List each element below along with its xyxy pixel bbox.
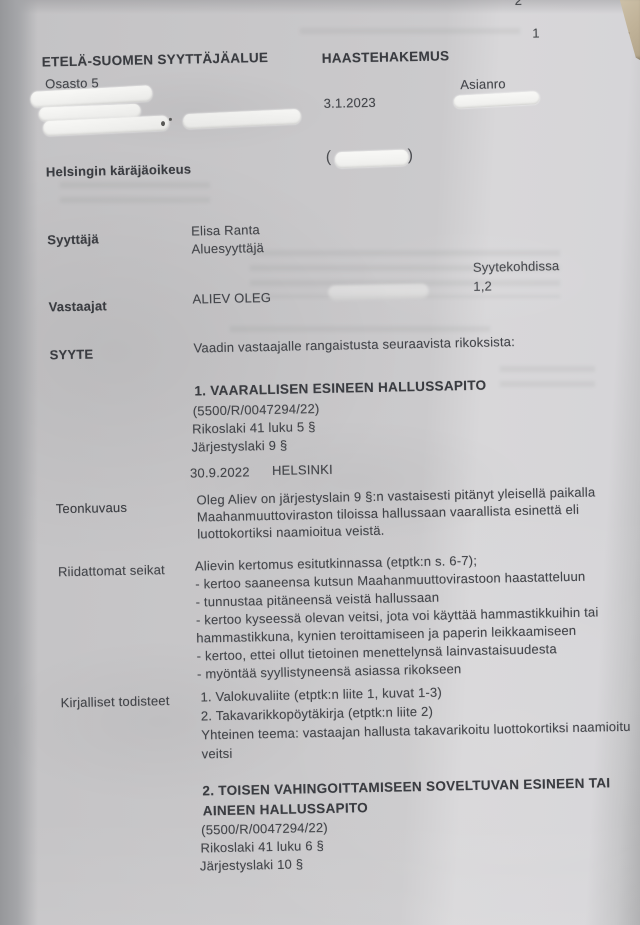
ink-speck xyxy=(161,121,165,126)
defendants-label: Vastaajat xyxy=(49,298,107,315)
redaction-paren-close: ) xyxy=(408,147,414,165)
page-number-sheet-behind: 2 xyxy=(514,0,522,9)
count2-title: 2. TOISEN VAHINGOITTAMISEEN SOVELTUVAN E… xyxy=(202,773,627,822)
count1-statute1: Rikoslaki 41 luku 5 § xyxy=(192,419,316,437)
defendant-name: ALIEV OLEG xyxy=(192,290,271,308)
ink-speck xyxy=(169,118,172,121)
count2-case-number: (5500/R/0047294/22) xyxy=(201,820,328,839)
count1-case-number: (5500/R/0047294/22) xyxy=(193,401,320,420)
charge-label: SYYTE xyxy=(49,347,93,364)
redaction-stroke xyxy=(334,150,409,169)
count1-statute2: Järjestyslaki 9 § xyxy=(191,438,287,456)
count1-date: 30.9.2022 xyxy=(190,464,250,481)
counts-value: 1,2 xyxy=(473,279,492,295)
evidence-label: Kirjalliset todisteet xyxy=(60,693,169,711)
prosecution-district: ETELÄ-SUOMEN SYYTTÄJÄALUE xyxy=(42,50,269,71)
evidence-item: Yhteinen teema: vastaajan hallusta takav… xyxy=(201,717,640,764)
document-type-title: HAASTEHAKEMUS xyxy=(322,48,450,67)
court-name: Helsingin käräjäoikeus xyxy=(46,162,192,181)
count2-statute1: Rikoslaki 41 luku 6 § xyxy=(200,838,324,856)
count1-place: HELSINKI xyxy=(272,462,333,479)
description-label: Teonkuvaus xyxy=(56,500,128,517)
document-content: 2 1 ETELÄ-SUOMEN SYYTTÄJÄALUE HAASTEHAKE… xyxy=(0,0,640,925)
redaction-stroke xyxy=(183,109,302,129)
document-photo: 2 1 ETELÄ-SUOMEN SYYTTÄJÄALUE HAASTEHAKE… xyxy=(0,0,640,925)
undisputed-label: Riidattomat seikat xyxy=(58,562,165,580)
document-date: 3.1.2023 xyxy=(323,95,376,112)
counts-label: Syytekohdissa xyxy=(473,258,560,276)
page-number: 1 xyxy=(532,26,540,42)
prosecutor-name: Elisa Ranta xyxy=(191,222,260,239)
case-number-label: Asianro xyxy=(460,76,506,93)
charge-intro: Vaadin vastaajalle rangaistusta seuraavi… xyxy=(193,334,515,356)
redaction-stroke xyxy=(453,91,540,109)
prosecutor-label: Syyttäjä xyxy=(47,231,99,248)
redaction-paren-open: ( xyxy=(326,149,332,167)
count2-statute2: Järjestyslaki 10 § xyxy=(200,856,304,874)
description-text: Oleg Aliev on järjestyslain 9 §:n vastai… xyxy=(196,483,621,542)
prosecutor-title: Aluesyyttäjä xyxy=(191,240,264,257)
redaction-smudge xyxy=(328,284,428,300)
count1-title: 1. VAARALLISEN ESINEEN HALLUSSAPITO xyxy=(194,378,486,400)
